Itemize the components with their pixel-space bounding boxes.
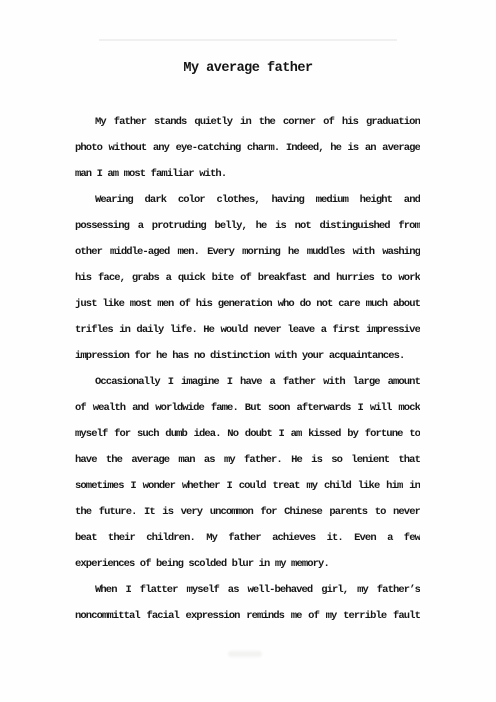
text-line: possessing a protruding belly, he is not…	[75, 213, 420, 239]
header-divider-line	[99, 39, 397, 41]
text-line: have the average man as my father. He is…	[75, 447, 420, 473]
text-line: the future. It is very uncommon for Chin…	[75, 499, 420, 525]
text-line: just like most men of his generation who…	[75, 291, 420, 317]
text-line: photo without any eye-catching charm. In…	[75, 135, 420, 161]
text-line: When I flatter myself as well-behaved gi…	[75, 577, 420, 603]
essay-title: My average father	[0, 61, 496, 76]
paragraph: Wearing dark color clothes, having mediu…	[75, 187, 420, 369]
text-line: experiences of being scolded blur in my …	[75, 551, 420, 577]
text-line: Occasionally I imagine I have a father w…	[75, 369, 420, 395]
text-line: beat their children. My father achieves …	[75, 525, 420, 551]
document-page: My average father My father stands quiet…	[0, 0, 496, 702]
text-line: sometimes I wonder whether I could treat…	[75, 473, 420, 499]
paragraph: Occasionally I imagine I have a father w…	[75, 369, 420, 577]
text-line: of wealth and worldwide fame. But soon a…	[75, 395, 420, 421]
text-line: My father stands quietly in the corner o…	[75, 109, 420, 135]
text-line: Wearing dark color clothes, having mediu…	[75, 187, 420, 213]
text-line: man I am most familiar with.	[75, 161, 420, 187]
paragraph: When I flatter myself as well-behaved gi…	[75, 577, 420, 629]
text-line: myself for such dumb idea. No doubt I am…	[75, 421, 420, 447]
text-line: noncommittal facial expression reminds m…	[75, 603, 420, 629]
text-line: other middle-aged men. Every morning he …	[75, 239, 420, 265]
faint-page-mark	[228, 651, 262, 657]
essay-body: My father stands quietly in the corner o…	[75, 109, 420, 629]
text-line: impression for he has no distinction wit…	[75, 343, 420, 369]
paragraph: My father stands quietly in the corner o…	[75, 109, 420, 187]
text-line: trifles in daily life. He would never le…	[75, 317, 420, 343]
text-line: his face, grabs a quick bite of breakfas…	[75, 265, 420, 291]
